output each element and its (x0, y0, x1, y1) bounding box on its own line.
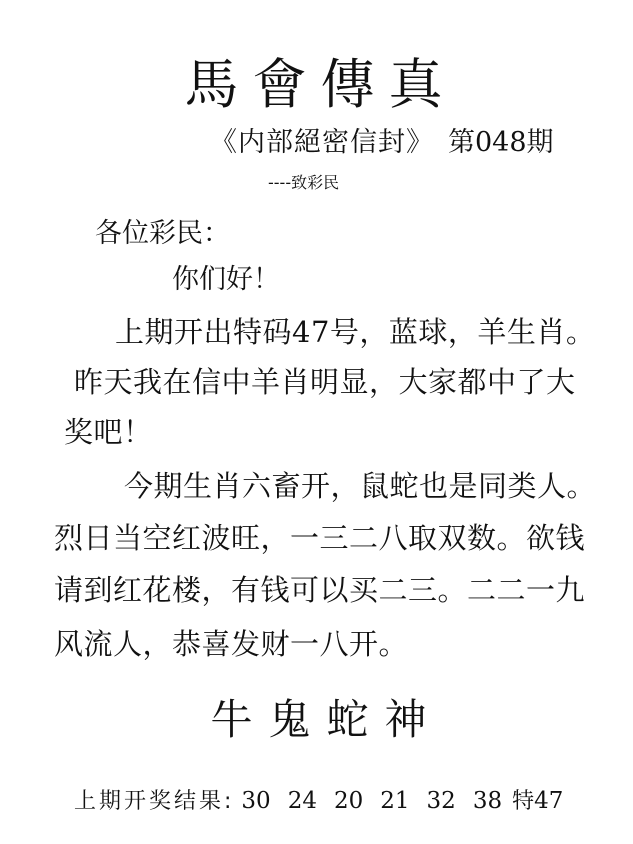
letter-line: 烈日当空红波旺，一三二八取双数。欲钱 (54, 518, 585, 558)
letter-line: 请到红花楼，有钱可以买二三。二二一九 (54, 570, 585, 610)
letter-line: 今期生肖六畜开，鼠蛇也是同类人。 (124, 466, 596, 506)
slogan: 牛鬼蛇神 (0, 690, 633, 750)
dedication: ----致彩民 (268, 172, 339, 194)
result-number: 30 (241, 788, 270, 814)
special-label: 特 (512, 789, 534, 814)
results-label: 上期开奖结果: (74, 789, 234, 814)
subtitle-row: 《内部絕密信封》第048期 (210, 124, 554, 162)
issue-number: 第048期 (448, 127, 554, 158)
result-number: 24 (288, 788, 317, 814)
masthead-title: 馬會傳真 (0, 52, 633, 118)
hello-line: 你们好！ (172, 262, 280, 298)
result-number: 32 (427, 788, 456, 814)
special-number: 47 (534, 788, 563, 814)
previous-results: 上期开奖结果: 30 24 20 21 32 38特47 (74, 785, 563, 818)
letter-line: 风流人，恭喜发财一八开。 (54, 624, 408, 664)
result-number: 21 (380, 788, 409, 814)
letter-line: 上期开出特码47号，蓝球，羊生肖。 (115, 312, 595, 352)
letter-line: 昨天我在信中羊肖明显，大家都中了大 (74, 362, 576, 402)
confidential-tag: 《内部絕密信封》 (210, 127, 434, 158)
result-number: 38 (473, 788, 502, 814)
result-number: 20 (334, 788, 363, 814)
letter-line: 奖吧！ (64, 412, 153, 452)
greeting: 各位彩民： (95, 216, 230, 252)
